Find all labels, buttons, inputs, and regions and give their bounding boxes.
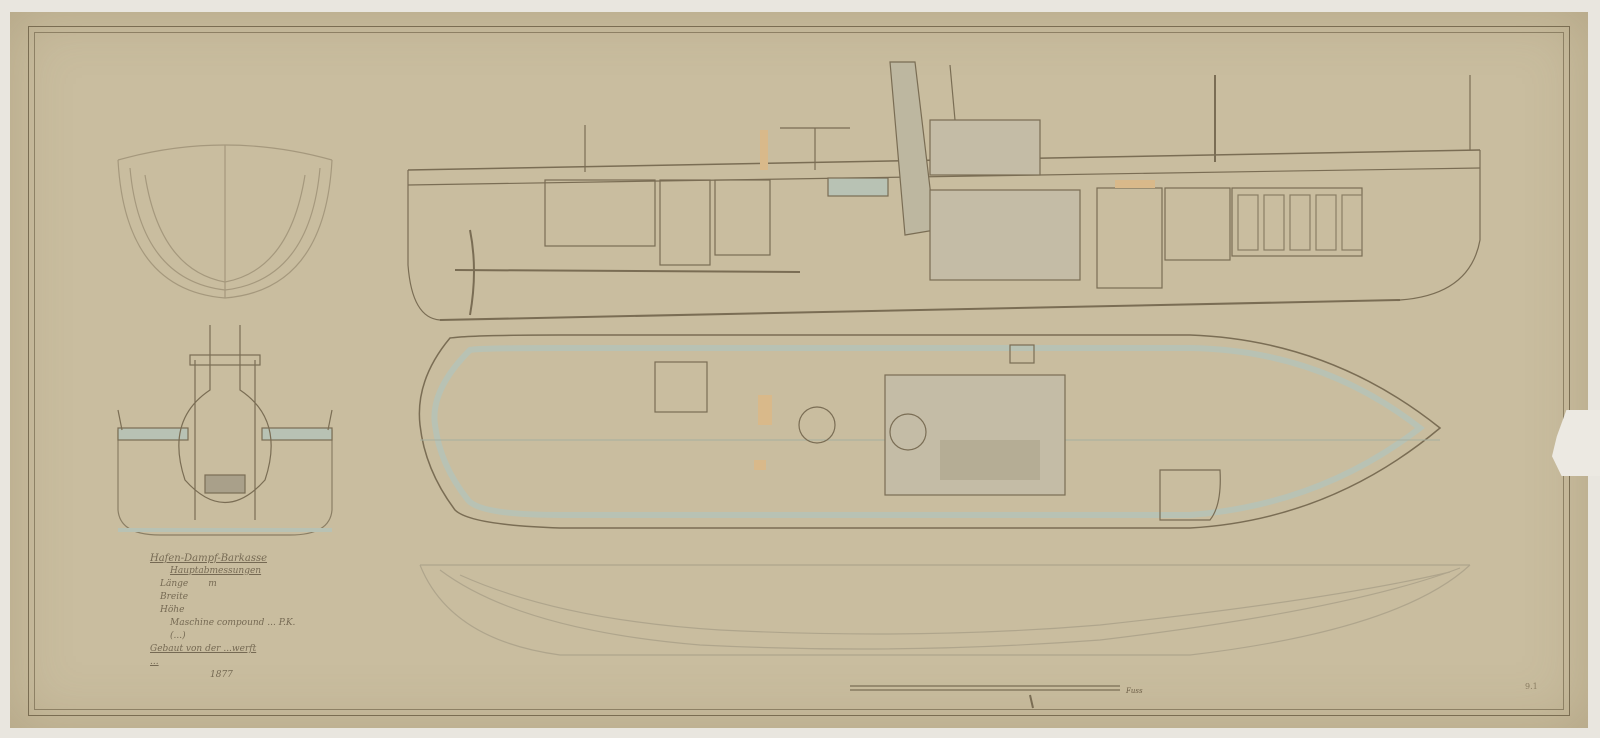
length-value: m (208, 578, 217, 591)
longitudinal-section (408, 62, 1480, 320)
corner-mark: 9.1 (1525, 682, 1538, 691)
year-text: 1877 (150, 669, 350, 682)
height-label: Höhe (160, 604, 184, 617)
title-legend: Hafen-Dampf-Barkasse Hauptabmessungen Lä… (150, 552, 350, 682)
midship-section (118, 325, 332, 535)
legend-row: Breite (150, 591, 350, 604)
scale-bar (850, 686, 1120, 708)
legend-title: Hafen-Dampf-Barkasse (150, 552, 350, 565)
scale-label: Fuss (1126, 687, 1143, 695)
width-label: Breite (160, 591, 188, 604)
body-plan (118, 145, 332, 298)
lines-plan (420, 565, 1470, 655)
deck-plan (419, 335, 1440, 528)
legend-row: Länge m (150, 578, 350, 591)
built-by-text: Gebaut von der ...werft (150, 643, 350, 656)
machine-text: Maschine compound ... P.K. (150, 617, 350, 630)
machine-note: (...) (150, 630, 350, 643)
legend-subtitle: Hauptabmessungen (150, 565, 350, 578)
legend-row: Höhe (150, 604, 350, 617)
length-label: Länge (160, 578, 188, 591)
place-text: ... (150, 656, 350, 669)
